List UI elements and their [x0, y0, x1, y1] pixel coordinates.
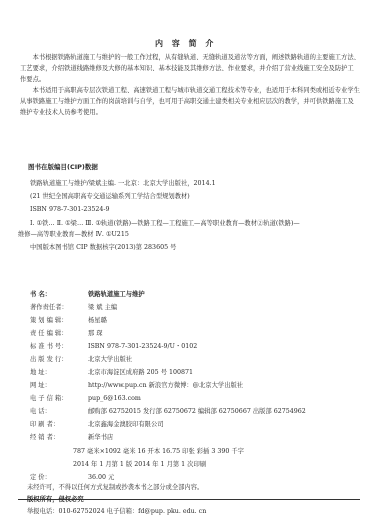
summary-paragraph-2: 本书适用于高职高专层次铁道工程、高速铁道工程与城市轨道交通工程技术等专业，也适用… [20, 85, 360, 118]
row-label: 著作责任者： [30, 302, 88, 313]
copyright-notice: 未经许可，不得以任何方式复制或抄袭本书之部分或全部内容。 [27, 482, 203, 493]
colophon-row-isbn: 标 准 书 号：ISBN 978-7-301-23524-9/U・0102 [30, 341, 197, 352]
row-value: 邮购部 62752015 发行部 62750672 编辑部 62750667 出… [88, 408, 306, 415]
row-label: 地 址： [30, 367, 88, 378]
colophon-row-publisher: 出 版 发 行：北京大学出版社 [30, 354, 132, 365]
row-value: 北京大学出版社 [88, 356, 132, 363]
colophon-row-phone: 电 话：邮购部 62752015 发行部 62750672 编辑部 627506… [30, 406, 306, 417]
row-label: 出 版 发 行： [30, 354, 88, 365]
row-value: 那 琛 [88, 330, 103, 337]
rights-reserved: 版权所有，侵权必究 [27, 494, 84, 505]
colophon-row-distributor: 经 销 者：新华书店 [30, 432, 113, 443]
row-label: 电 话： [30, 406, 88, 417]
colophon-row-printer: 印 刷 者：北京鑫海金澳胶印有限公司 [30, 419, 164, 430]
price-value: 36.00 元 [88, 474, 114, 481]
row-value: pup_6@163.com [88, 395, 141, 402]
row-value: 北京市海淀区成府路 205 号 100871 [88, 369, 193, 376]
row-value: 北京鑫海金澳胶印有限公司 [88, 421, 164, 428]
colophon-row-planning-editor: 策 划 编 辑：杨星璐 [30, 315, 107, 326]
row-value: 梁 斌 主编 [88, 304, 117, 311]
edition-line: 2014 年 1 月第 1 版 2014 年 1 月第 1 次印刷 [73, 459, 206, 470]
row-label: 网 址： [30, 380, 88, 391]
book-title: 铁路轨道施工与维护 [88, 291, 145, 298]
summary-paragraph-1: 本书根据铁路轨道施工与维护的一般工作过程，从有缝轨道、无缝轨道及道岔等方面，阐述… [20, 52, 360, 85]
row-label: 标 准 书 号： [30, 341, 88, 352]
cip-classification-2: 维修—高等职业教育—教材 Ⅳ. ①U215 [18, 229, 129, 240]
row-label: 印 刷 者： [30, 419, 88, 430]
colophon-row-address: 地 址：北京市海淀区成府路 205 号 100871 [30, 367, 193, 378]
row-value: 新华书店 [88, 434, 113, 441]
cip-classification-1: Ⅰ. ①铁… Ⅱ. ①梁… Ⅲ. ①轨道(铁路)—铁路工程—工程施工—高等职业教… [30, 218, 300, 229]
colophon-row-website: 网 址：http://www.pup.cn 新浪官方微博：@北京大学出版社 [30, 380, 243, 391]
cip-isbn: ISBN 978-7-301-23524-9 [30, 204, 110, 215]
cip-line-2: (21 世纪全国高职高专交通运输系列工学结合型规划教材) [30, 191, 190, 202]
row-label: 电 子 信 箱： [30, 393, 88, 404]
colophon-row-author: 著作责任者：梁 斌 主编 [30, 302, 117, 313]
cip-line-1: 铁路轨道施工与维护/梁斌主编. 一北京：北京大学出版社，2014.1 [30, 178, 216, 189]
colophon-row-editor: 责 任 编 辑：那 琛 [30, 328, 103, 339]
row-value: ISBN 978-7-301-23524-9/U・0102 [88, 343, 197, 350]
summary-title: 内 容 简 介 [155, 38, 216, 49]
report-contact: 举报电话：010-62752024 电子信箱：fd@pup. pku. edu.… [27, 506, 206, 517]
colophon-row-email: 电 子 信 箱：pup_6@163.com [30, 393, 141, 404]
row-value: 杨星璐 [88, 317, 107, 324]
row-label: 书 名： [30, 289, 88, 300]
row-label: 责 任 编 辑： [30, 328, 88, 339]
row-label: 经 销 者： [30, 432, 88, 443]
cip-heading: 图书在版编目(CIP)数据 [28, 162, 98, 171]
cip-record-number: 中国版本图书馆 CIP 数据核字(2013)第 283605 号 [30, 242, 176, 253]
row-label: 策 划 编 辑： [30, 315, 88, 326]
colophon-row-title: 书 名：铁路轨道施工与维护 [30, 289, 145, 300]
spec-line: 787 毫米×1092 毫米 16 开本 16.75 印张 彩插 3 390 千… [73, 446, 244, 457]
row-value: http://www.pup.cn 新浪官方微博：@北京大学出版社 [88, 382, 243, 389]
